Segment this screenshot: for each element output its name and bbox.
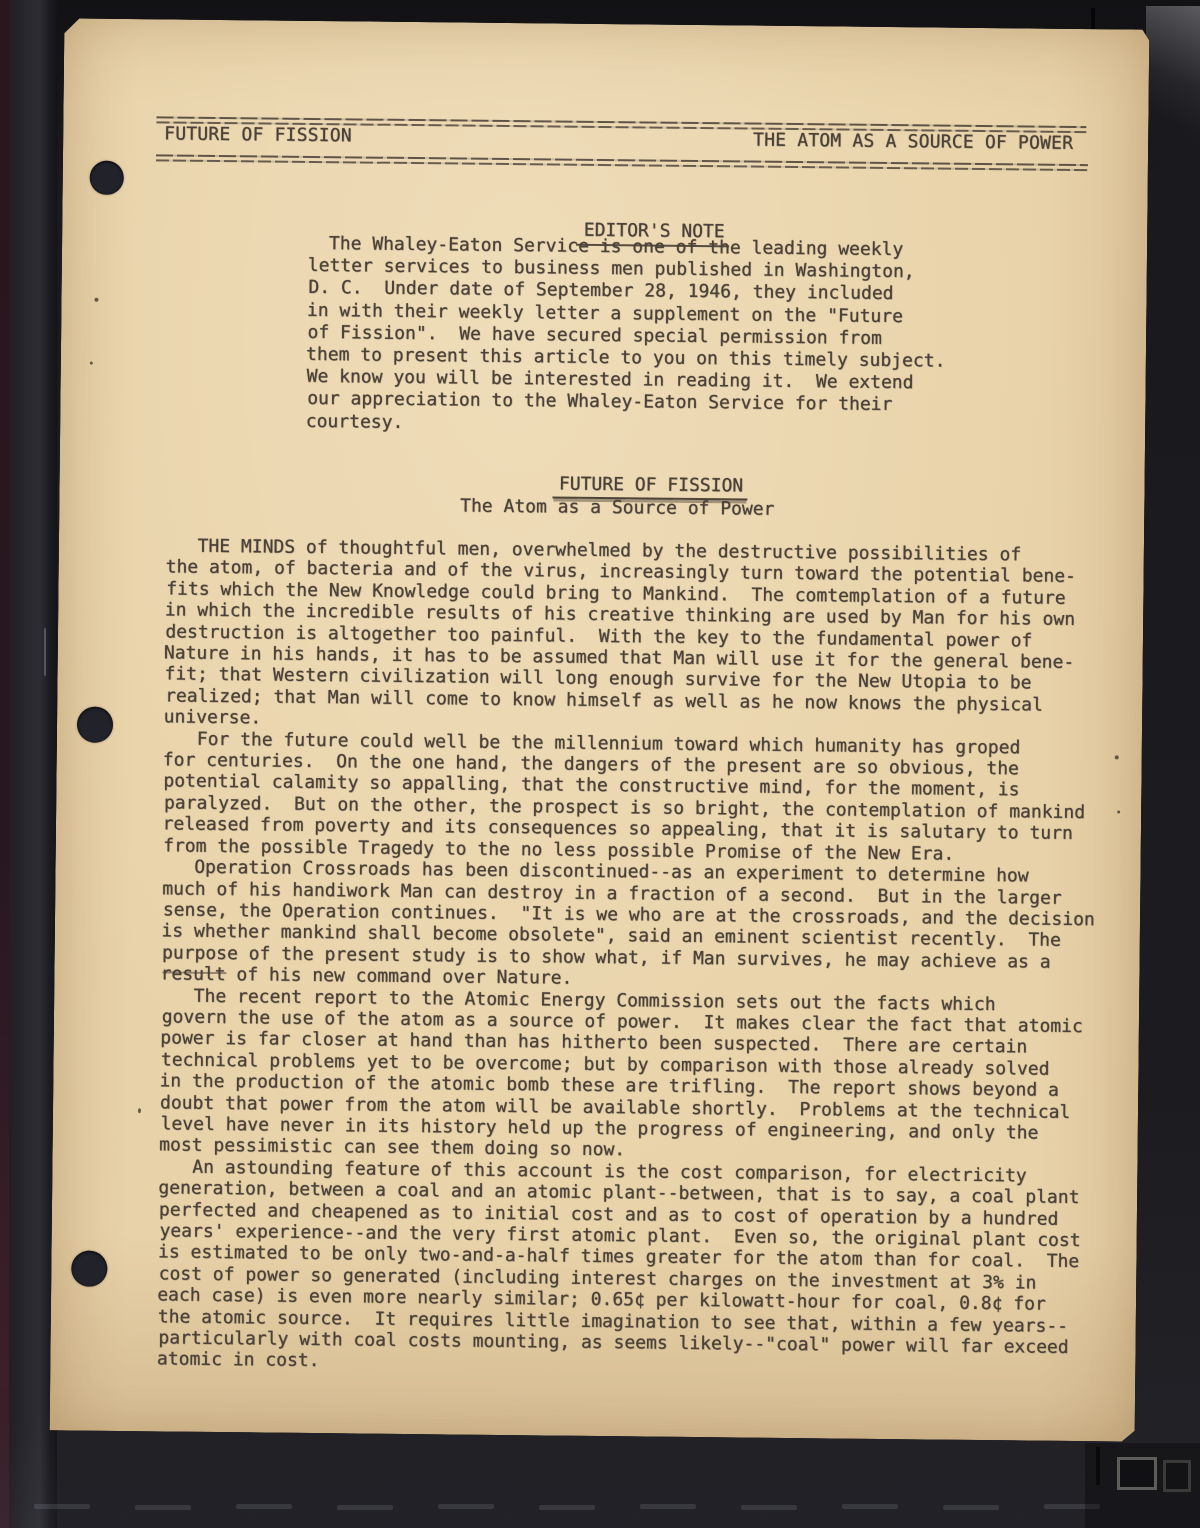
binder-hardware-mark (1117, 1457, 1157, 1490)
document-page: FUTURE OF FISSION THE ATOM AS A SOURCE O… (50, 18, 1150, 1441)
ink-speck (90, 362, 93, 365)
scan-artifact-stroke (1096, 1447, 1100, 1485)
scanner-light-corner (1146, 6, 1200, 166)
ink-speck (1115, 755, 1119, 759)
film-edge-mark (842, 1504, 898, 1509)
running-header-left: FUTURE OF FISSION (164, 123, 352, 147)
ink-speck (1117, 810, 1120, 813)
header-rule-bottom (156, 154, 1088, 172)
film-edge-mark (640, 1504, 696, 1509)
book-edge (0, 0, 9, 1528)
film-edge-mark (135, 1505, 191, 1510)
film-edge-mark (34, 1504, 90, 1509)
punch-hole (90, 161, 124, 195)
ink-speck (94, 298, 98, 302)
scratch-mark (44, 628, 46, 676)
article-body: THE MINDS of thoughtful men, overwhelmed… (157, 535, 1098, 1380)
punch-hole (77, 707, 113, 743)
film-edge-mark (236, 1504, 292, 1509)
film-edge-mark (438, 1504, 494, 1509)
scan-background: FUTURE OF FISSION THE ATOM AS A SOURCE O… (0, 0, 1200, 1528)
film-edge-mark (943, 1505, 999, 1510)
punch-hole (71, 1250, 107, 1286)
film-edge-mark (741, 1505, 797, 1510)
binder-hardware-mark (1163, 1460, 1191, 1492)
editors-note-text: The Whaley-Eaton Service is one of the l… (306, 233, 947, 440)
film-edge-mark (337, 1505, 393, 1510)
ink-speck (138, 1108, 141, 1113)
running-header-right: THE ATOM AS A SOURCE OF POWER (753, 130, 1073, 155)
film-edge-mark (539, 1505, 595, 1510)
